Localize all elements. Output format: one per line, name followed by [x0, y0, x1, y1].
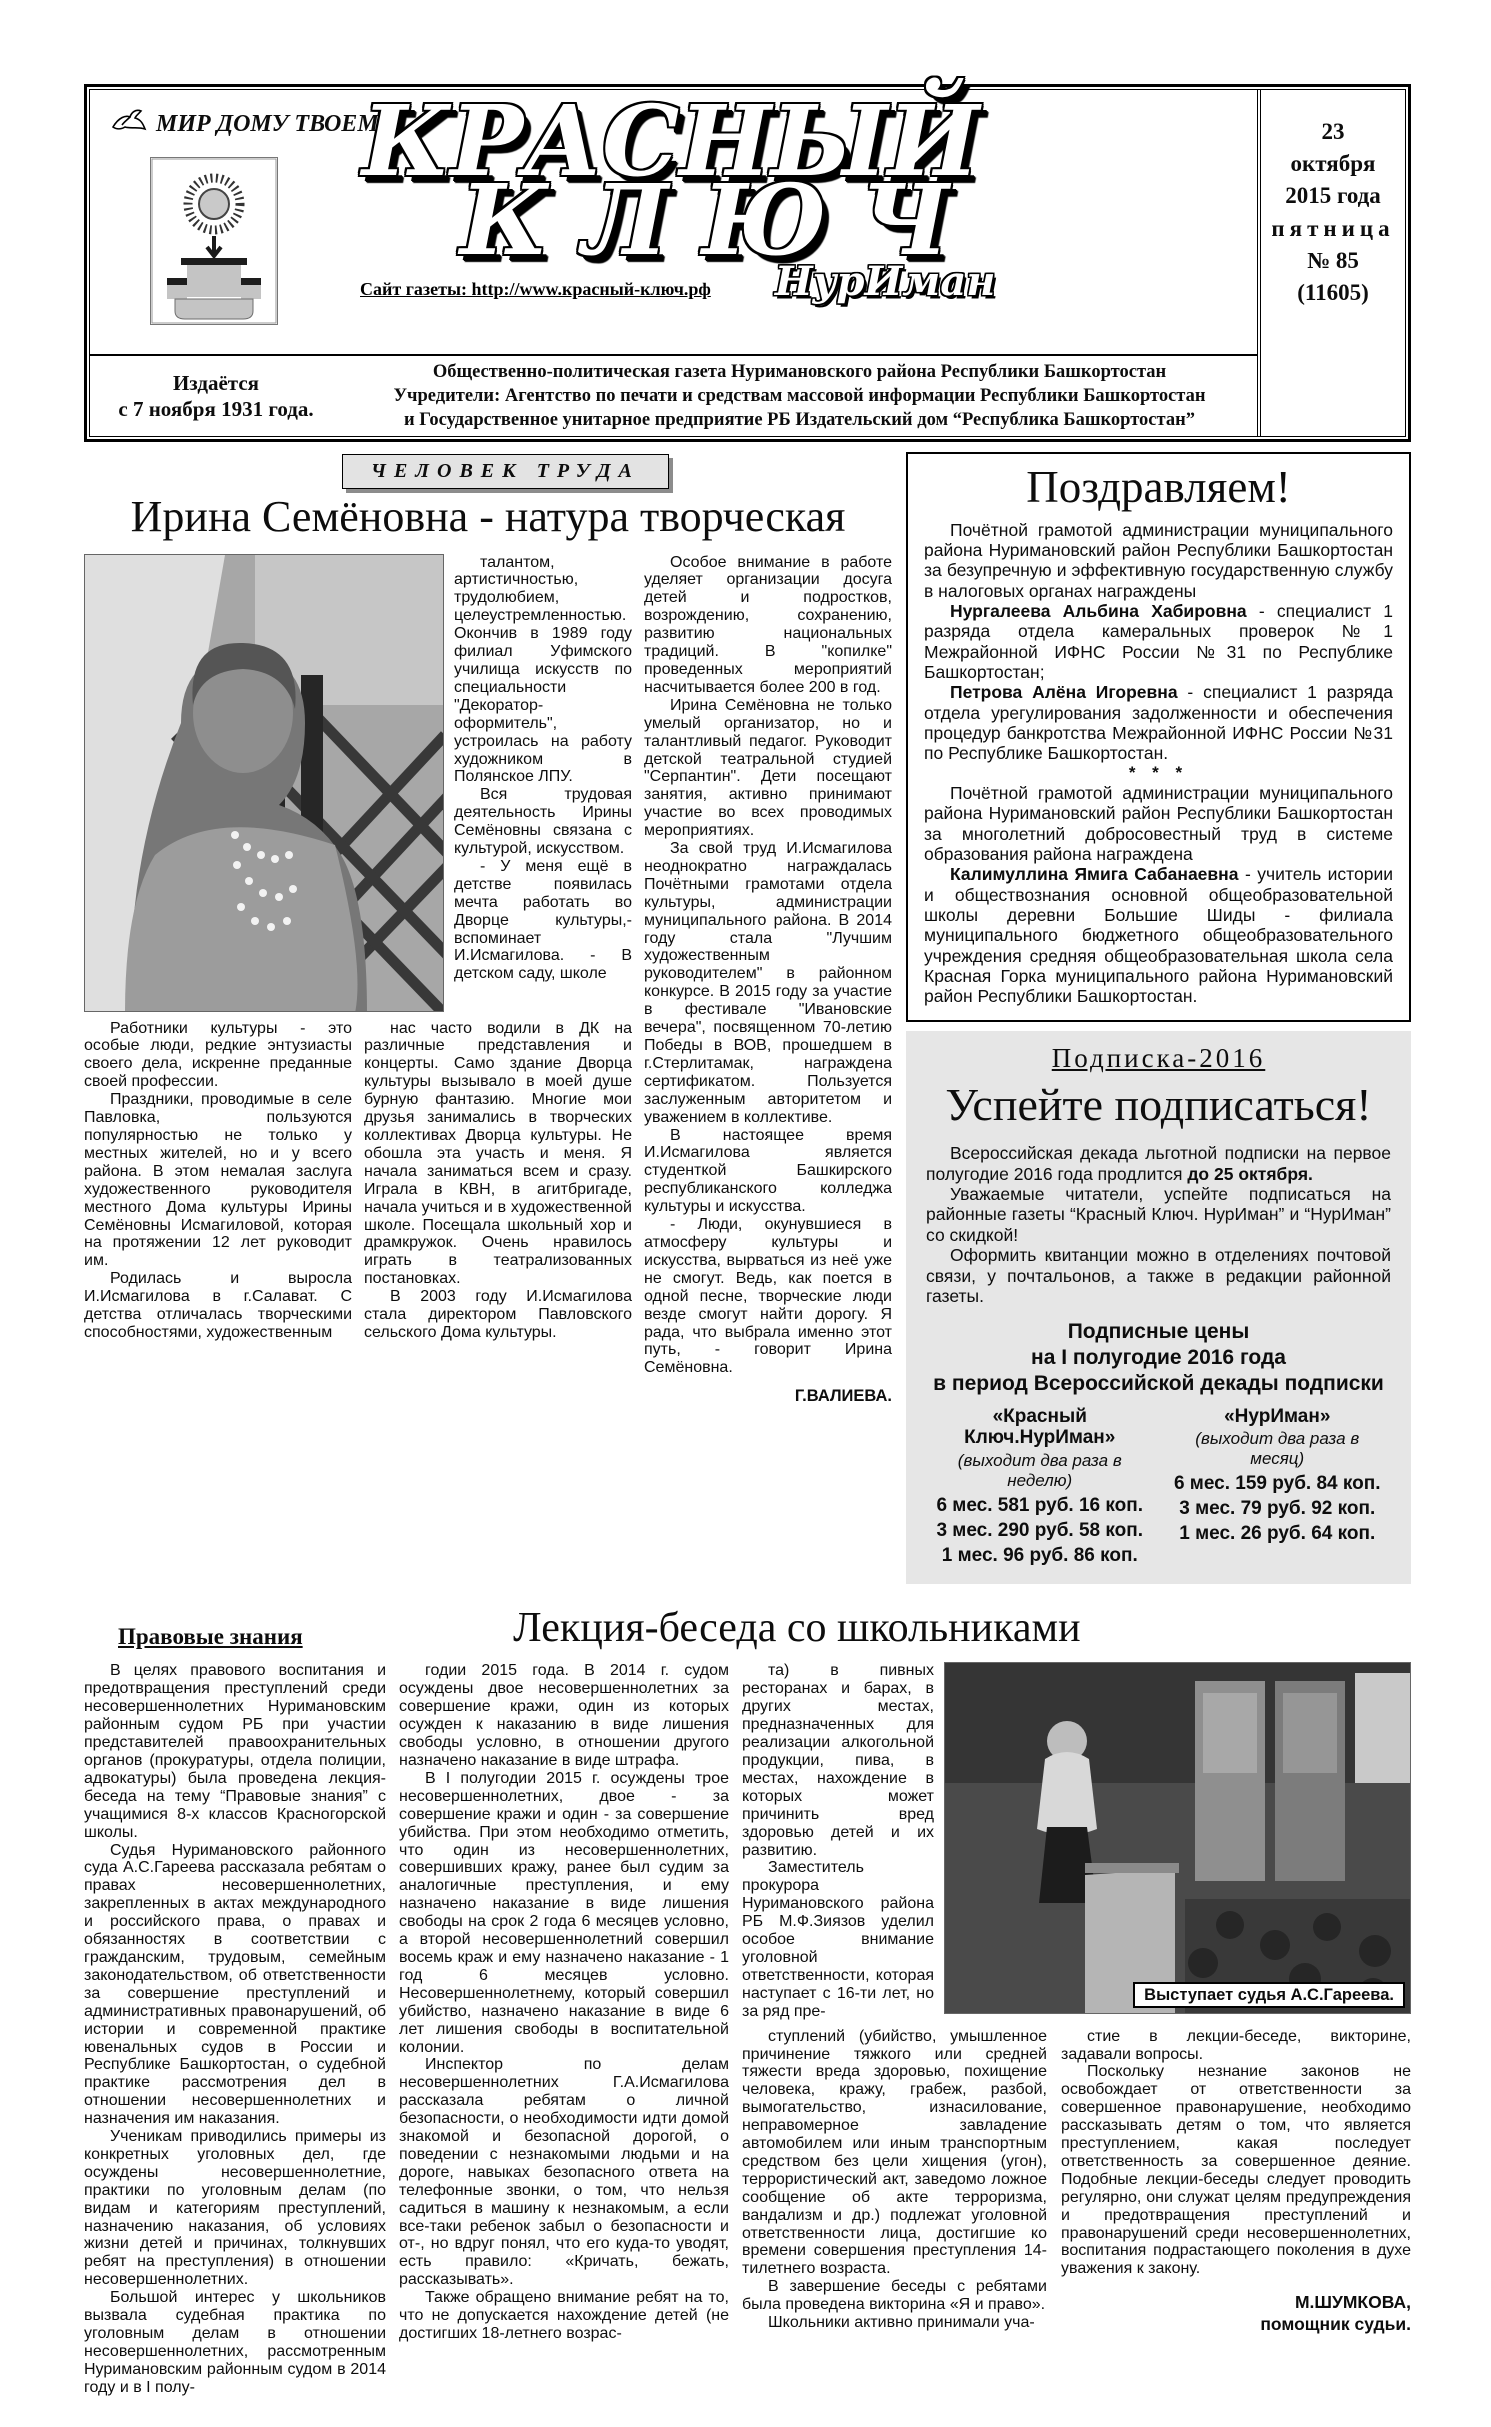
paragraph: та) в пивных ресторанах и барах, в други…	[742, 1662, 934, 1859]
motto: МИР ДОМУ ТВОЕМУ!	[110, 106, 342, 143]
paragraph: В завершение беседы с ребятами была пров…	[742, 2278, 1047, 2314]
paragraph: Также обращено внимание ребят на то, что…	[399, 2289, 729, 2343]
right-column: Поздравляем! Почётной грамотой администр…	[906, 452, 1411, 1584]
price-row: 6 мес. 581 руб. 16 коп.	[926, 1494, 1154, 1519]
issue-year: 2015 года	[1261, 180, 1405, 212]
paragraph: ступлений (убийство, умышленное причинен…	[742, 2028, 1047, 2279]
issue-weekday: пятница	[1261, 213, 1405, 245]
awardee-name: Нургалеева Альбина Хабировна	[950, 601, 1247, 621]
paragraph: В I полугодии 2015 г. осуждены трое несо…	[399, 1770, 729, 2057]
deadline-date: до 25 октября.	[1187, 1164, 1313, 1184]
article-law-head: Правовые знания Лекция-беседа со школьни…	[84, 1606, 1411, 1650]
paragraph: За свой труд И.Исмагилова неоднократно н…	[644, 840, 892, 1127]
portrait-photo	[84, 554, 444, 1012]
row-1: ЧЕЛОВЕК ТРУДА Ирина Семёновна - натура т…	[84, 452, 1411, 1584]
subscription-box: Подписка-2016 Успейте подписаться! Всеро…	[906, 1031, 1411, 1584]
article-culture-col2: нас часто водили в ДК на различные предс…	[364, 1020, 632, 1342]
paragraph: Уважаемые читатели, успейте подписаться …	[926, 1184, 1391, 1245]
masthead-frame: МИР ДОМУ ТВОЕМУ!	[89, 89, 1406, 437]
masthead-left: МИР ДОМУ ТВОЕМУ!	[90, 90, 342, 354]
article-culture: ЧЕЛОВЕК ТРУДА Ирина Семёновна - натура т…	[84, 452, 892, 1584]
section-badge-man-of-labour: ЧЕЛОВЕК ТРУДА	[342, 454, 669, 489]
subscription-label: Подписка-2016	[926, 1043, 1391, 1074]
district-emblem	[150, 157, 278, 325]
paragraph: Инспектор по делам несовершеннолетних Г.…	[399, 2056, 729, 2289]
paragraph: талантом, артистичностью, трудолюбием, ц…	[454, 554, 632, 787]
paragraph: Оформить квитанции можно в отделениях по…	[926, 1245, 1391, 1306]
price-row: 3 мес. 79 руб. 92 коп.	[1164, 1497, 1392, 1522]
issue-month: октября	[1261, 148, 1405, 180]
prices-title-line1: Подписные цены	[926, 1319, 1391, 1345]
subscription-title: Успейте подписаться!	[926, 1080, 1391, 1131]
paragraph: нас часто водили в ДК на различные предс…	[364, 1020, 632, 1289]
edition-nuriman: «НурИман» (выходит два раза в месяц) 6 м…	[1164, 1406, 1392, 1569]
paragraph: Вся трудовая деятельность Ирины Семёновн…	[454, 786, 632, 858]
article-law-col1: В целях правового воспитания и предотвра…	[84, 1662, 386, 2396]
paragraph: В настоящее время И.Исмагилова является …	[644, 1127, 892, 1217]
issue-code: (11605)	[1261, 277, 1405, 309]
awardee-name: Петрова Алёна Игоревна	[950, 682, 1178, 702]
article-culture-signature: Г.ВАЛИЕВА.	[644, 1387, 892, 1405]
second-brand: НурИман	[775, 258, 996, 305]
price-row: 6 мес. 159 руб. 84 коп.	[1164, 1472, 1392, 1497]
issue-day: 23	[1261, 116, 1405, 148]
paragraph: Праздники, проводимые в селе Павловка, п…	[84, 1091, 352, 1270]
section-badge-row: ЧЕЛОВЕК ТРУДА	[342, 454, 892, 489]
founded-note: Издаётся с 7 ноября 1931 года.	[90, 356, 342, 436]
about-line3: и Государственное унитарное предприятие …	[352, 408, 1247, 432]
awardee-item: Нургалеева Альбина Хабировна - специалис…	[924, 601, 1393, 682]
edition-frequency: (выходит два раза в неделю)	[950, 1451, 1130, 1490]
article-law-body: В целях правового воспитания и предотвра…	[84, 1662, 1411, 2396]
paragraph: Судья Нуримановского районного суда А.С.…	[84, 1842, 386, 2129]
signature-name: М.ШУМКОВА,	[1061, 2292, 1411, 2314]
article-culture-toprow: талантом, артистичностью, трудолюбием, ц…	[84, 554, 632, 1012]
price-row: 3 мес. 290 руб. 58 коп.	[926, 1519, 1154, 1544]
paragraph: Почётной грамотой администрации муниципа…	[924, 520, 1393, 601]
prices-title-line3: в период Всероссийской декады подписки	[926, 1371, 1391, 1397]
prices-title: Подписные цены на I полугодие 2016 года …	[926, 1319, 1391, 1398]
photo-caption: Выступает судья А.С.Гареева.	[1133, 1982, 1405, 2008]
edition-name: «Красный Ключ.НурИман»	[955, 1406, 1125, 1450]
about-line2: Учредители: Агентство по печати и средст…	[352, 384, 1247, 408]
article-law-right-bottom: ступлений (убийство, умышленное причинен…	[742, 2028, 1411, 2336]
article-law-col3-narrow: та) в пивных ресторанах и барах, в други…	[742, 1662, 934, 2020]
price-row: 1 мес. 96 руб. 86 коп.	[926, 1544, 1154, 1569]
about-line1: Общественно-политическая газета Нуримано…	[352, 360, 1247, 384]
article-culture-colA: талантом, артистичностью, трудолюбием, ц…	[454, 554, 632, 1012]
issue-number: № 85	[1261, 245, 1405, 277]
article-culture-col1: Работники культуры - это особые люди, ре…	[84, 1020, 352, 1342]
edition-frequency: (выходит два раза в месяц)	[1187, 1429, 1367, 1468]
paragraph: Школьники активно принимали уча-	[742, 2314, 1047, 2332]
paragraph: годии 2015 года. В 2014 г. судом осужден…	[399, 1662, 729, 1769]
signature-role: помощник судьи.	[1061, 2314, 1411, 2336]
masthead-main: МИР ДОМУ ТВОЕМУ!	[90, 90, 1257, 436]
paragraph: Ирина Семёновна не только умелый организ…	[644, 697, 892, 840]
masthead-center: КРАСНЫЙ КЛЮЧ Сайт газеты: http://www.кра…	[342, 90, 1257, 354]
paragraph: Всероссийская декада льготной подписки н…	[926, 1143, 1391, 1184]
article-law-col2: годии 2015 года. В 2014 г. судом осужден…	[399, 1662, 729, 2396]
paragraph: - Люди, окунувшиеся в атмосферу культуры…	[644, 1216, 892, 1377]
paragraph: Особое внимание в работе уделяет организ…	[644, 554, 892, 697]
lecture-photo: Выступает судья А.С.Гареева.	[944, 1662, 1411, 2014]
prices-title-line2: на I полугодие 2016 года	[926, 1345, 1391, 1371]
subscription-body: Всероссийская декада льготной подписки н…	[926, 1143, 1391, 1307]
article-law-col4: стие в лекции-беседе, викторине, задавал…	[1061, 2028, 1411, 2336]
masthead-band: Издаётся с 7 ноября 1931 года. Обществен…	[90, 354, 1257, 436]
paragraph: В целях правового воспитания и предотвра…	[84, 1662, 386, 1841]
founded-line2: с 7 ноября 1931 года.	[90, 396, 342, 422]
paragraph: Родилась и выросла И.Исмагилова в г.Сала…	[84, 1270, 352, 1342]
article-culture-body: талантом, артистичностью, трудолюбием, ц…	[84, 554, 892, 1406]
paragraph: Работники культуры - это особые люди, ре…	[84, 1020, 352, 1092]
article-law-title: Лекция-беседа со школьниками	[303, 1606, 1411, 1650]
paragraph: Поскольку незнание законов не освобождае…	[1061, 2063, 1411, 2278]
paragraph: - У меня ещё в детстве появилась мечта р…	[454, 858, 632, 983]
edition-krasny-kluch: «Красный Ключ.НурИман» (выходит два раза…	[926, 1406, 1154, 1569]
paragraph: В 2003 году И.Исмагилова стала директоро…	[364, 1288, 632, 1342]
price-row: 1 мес. 26 руб. 64 коп.	[1164, 1522, 1392, 1547]
prices-table: «Красный Ключ.НурИман» (выходит два раза…	[926, 1406, 1391, 1569]
paragraph: Большой интерес у школьников вызвала суд…	[84, 2289, 386, 2396]
awardee-item: Петрова Алёна Игоревна - специалист 1 ра…	[924, 682, 1393, 763]
article-law-right: та) в пивных ресторанах и барах, в други…	[742, 1662, 1411, 2396]
dove-icon	[110, 106, 148, 143]
edition-name: «НурИман»	[1192, 1406, 1362, 1428]
founded-line1: Издаётся	[90, 370, 342, 396]
congrats-body: Почётной грамотой администрации муниципа…	[924, 520, 1393, 1007]
congrats-title: Поздравляем!	[924, 462, 1393, 514]
paragraph: Почётной грамотой администрации муниципа…	[924, 783, 1393, 864]
issue-datebox: 23 октября 2015 года пятница № 85 (11605…	[1257, 90, 1405, 436]
awardee-role: - учитель истории и обществознания основ…	[924, 864, 1393, 1006]
article-law-signature: М.ШУМКОВА, помощник судьи.	[1061, 2292, 1411, 2336]
article-culture-title: Ирина Семёновна - натура творческая	[84, 493, 892, 541]
paragraph: Заместитель прокурора Нуримановского рай…	[742, 1859, 934, 2020]
article-law-right-top: та) в пивных ресторанах и барах, в други…	[742, 1662, 1411, 2020]
stars-divider: * * *	[924, 763, 1393, 783]
awardee-item: Калимуллина Ямига Сабанаевна - учитель и…	[924, 864, 1393, 1006]
article-culture-left: талантом, артистичностью, трудолюбием, ц…	[84, 554, 632, 1406]
article-culture-col3: Особое внимание в работе уделяет организ…	[644, 554, 892, 1406]
masthead-top: МИР ДОМУ ТВОЕМУ!	[90, 90, 1257, 354]
newspaper-title-line2: КЛЮЧ	[460, 173, 1257, 268]
masthead: МИР ДОМУ ТВОЕМУ!	[84, 84, 1411, 442]
about-publisher: Общественно-политическая газета Нуримано…	[342, 356, 1257, 436]
awardee-name: Калимуллина Ямига Сабанаевна	[950, 864, 1238, 884]
section-label-legal-knowledge: Правовые знания	[118, 1624, 303, 1650]
newspaper-page: МИР ДОМУ ТВОЕМУ!	[0, 0, 1491, 2427]
deadline-text: Всероссийская декада льготной подписки н…	[926, 1143, 1391, 1183]
site-link[interactable]: Сайт газеты: http://www.красный-ключ.рф	[360, 279, 711, 300]
article-law-col3-wide: ступлений (убийство, умышленное причинен…	[742, 2028, 1047, 2336]
congrats-box: Поздравляем! Почётной грамотой администр…	[906, 452, 1411, 1022]
paragraph: стие в лекции-беседе, викторине, задавал…	[1061, 2028, 1411, 2064]
article-culture-botrow: Работники культуры - это особые люди, ре…	[84, 1020, 632, 1342]
paragraph: Ученикам приводились примеры из конкретн…	[84, 2128, 386, 2289]
